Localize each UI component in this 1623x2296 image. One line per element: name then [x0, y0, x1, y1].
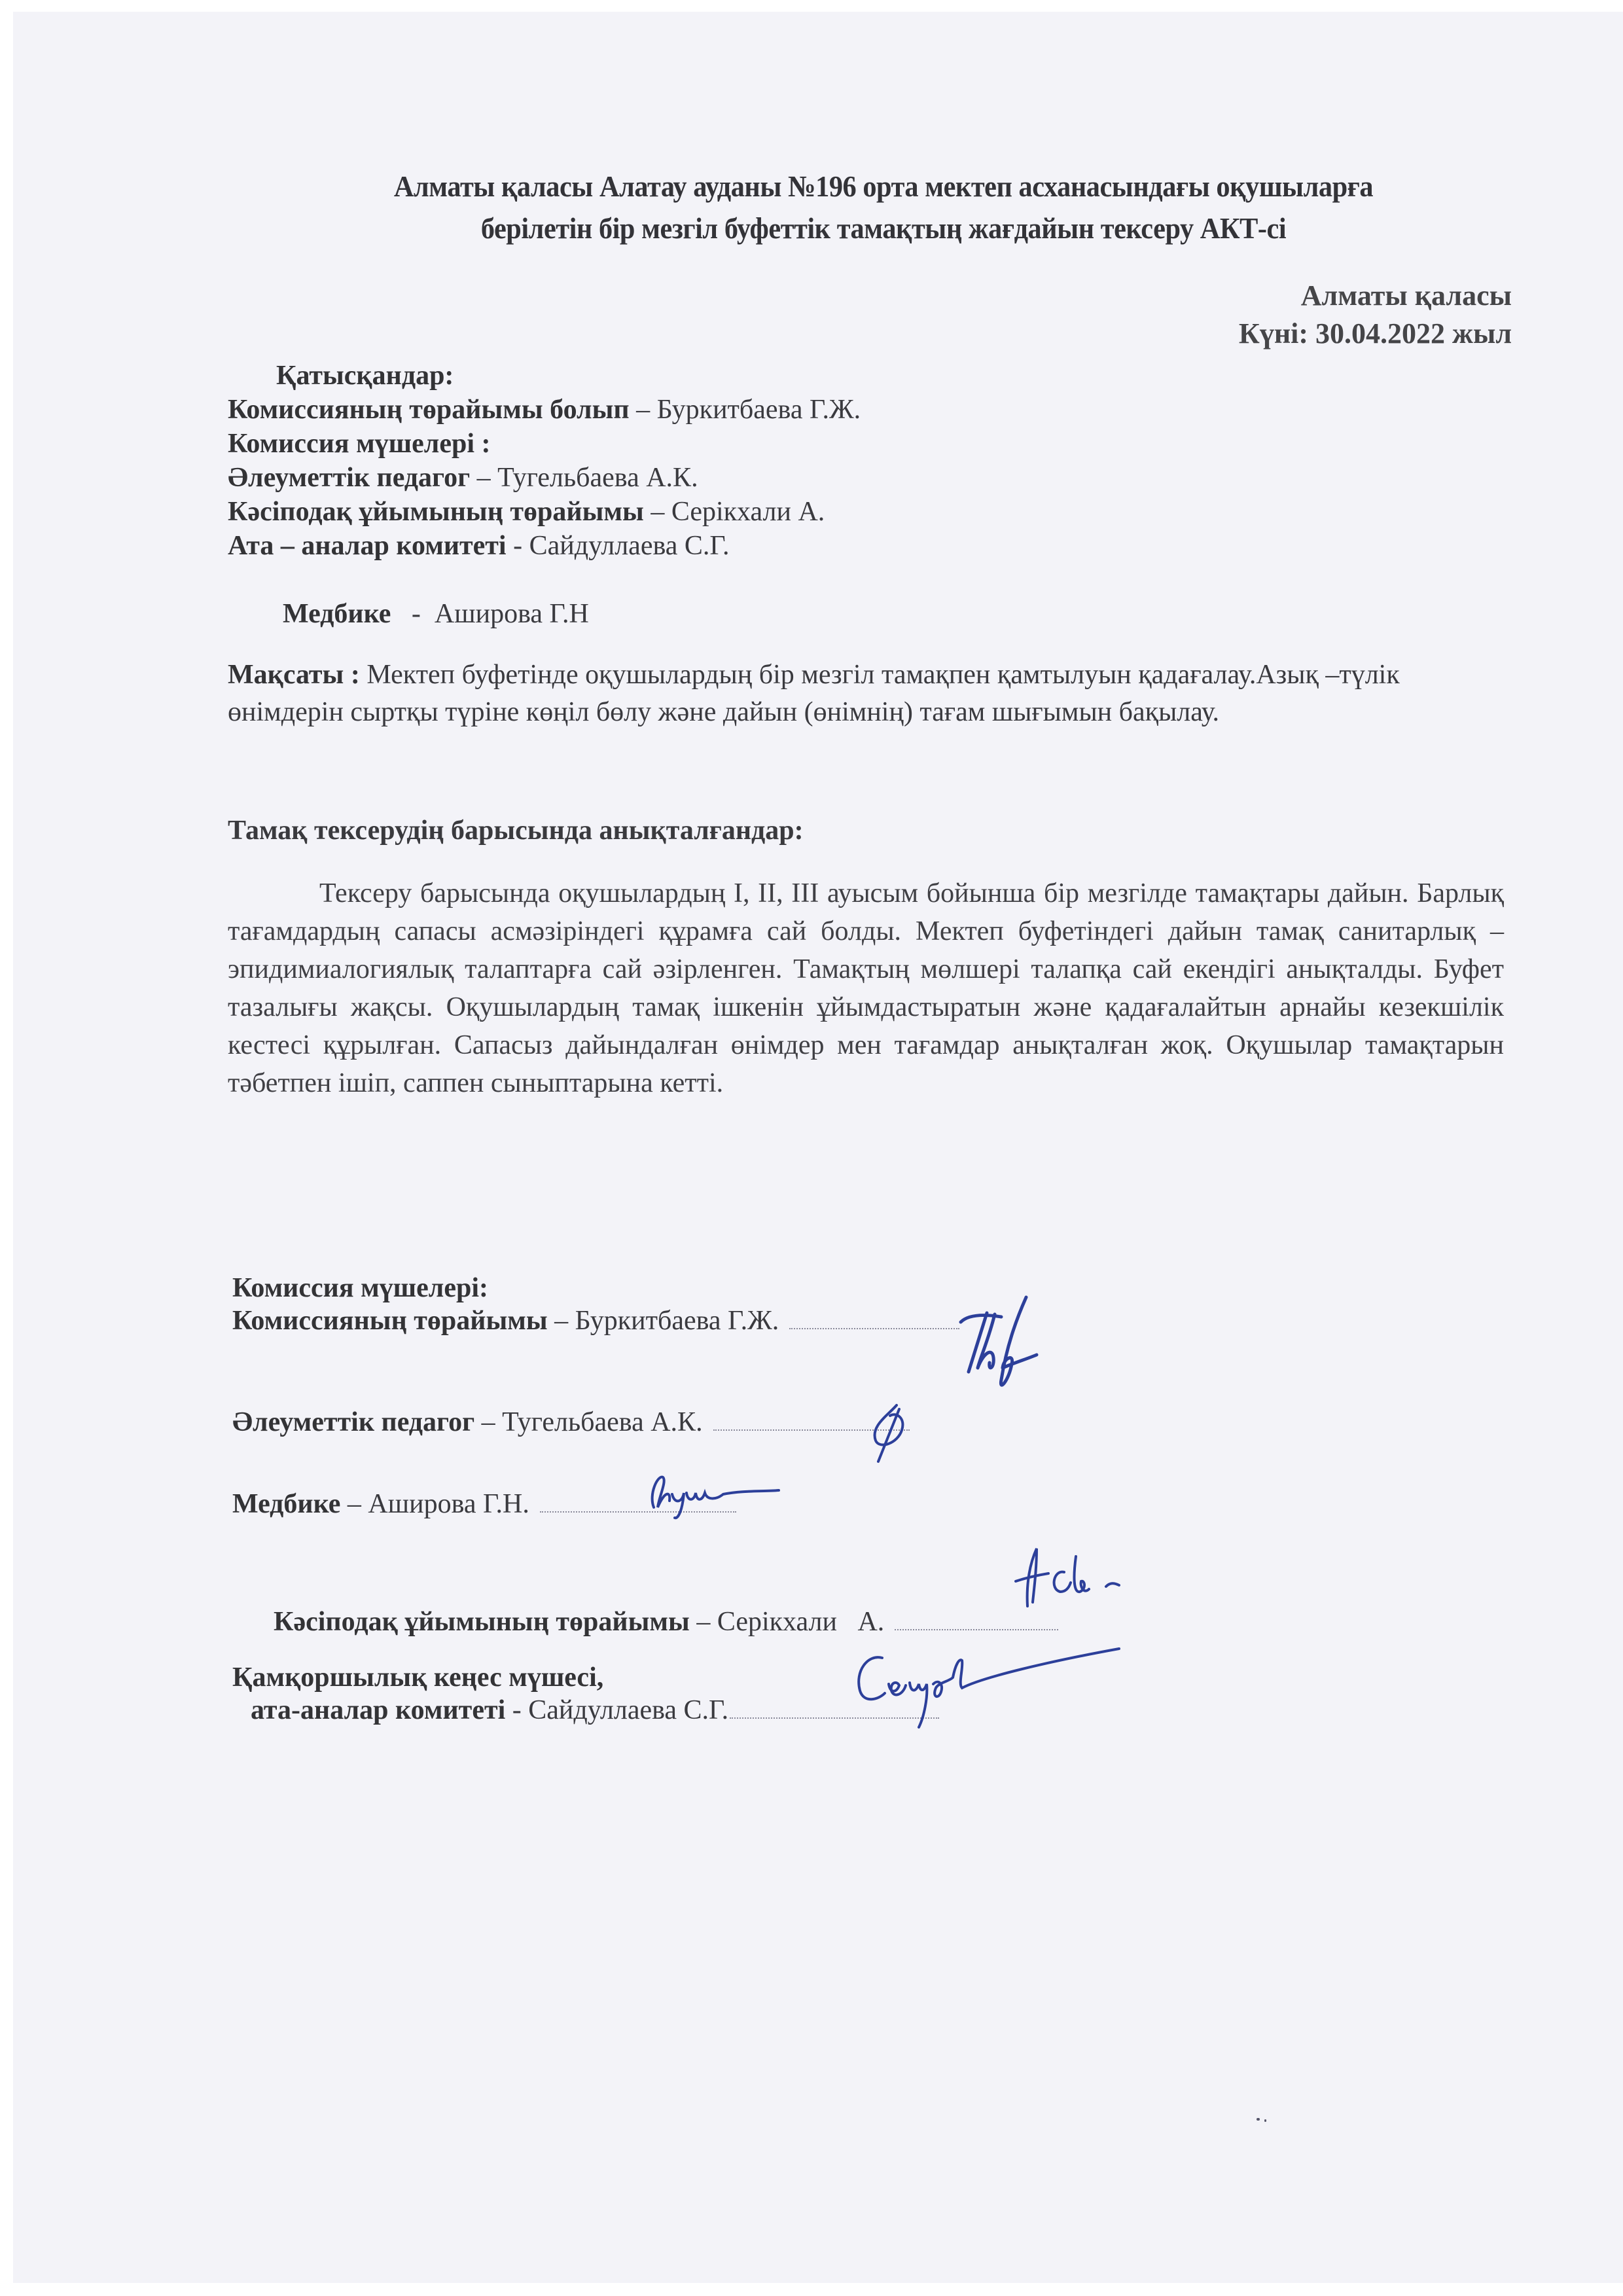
chair-role: Комиссияның төрайымы болып [228, 395, 630, 425]
signature-row: Әлеуметтік педагог – Тугельбаева А.К. [232, 1406, 910, 1439]
findings-paragraph: Тексеру барысында оқушылардың I, II, III… [228, 874, 1504, 1102]
chair-name: Буркитбаева Г.Ж. [657, 395, 861, 425]
signature-line [789, 1327, 959, 1329]
signer-sep: – [340, 1489, 368, 1519]
signer-name: Аширова Г.Н. [368, 1489, 529, 1519]
member-row: Ата – аналар комитеті - Сайдуллаева С.Г. [228, 529, 861, 563]
member-row: Кәсіподақ ұйымының төрайымы – Серікхали … [228, 495, 861, 529]
member-sep: - [507, 531, 529, 561]
signer-name: Буркитбаева Г.Ж. [575, 1306, 779, 1336]
signer-role-line1: Қамқоршылық кеңес мүшесі, [232, 1661, 939, 1694]
place-date: Алматы қаласы Күні: 30.04.2022 жыл [1239, 277, 1512, 353]
member-name: Серікхали А. [671, 497, 825, 527]
member-sep: – [644, 497, 671, 527]
signer-sep: – [690, 1607, 717, 1637]
members-heading: Комиссия мүшелері : [228, 427, 861, 461]
aim-section: Мақсаты : Мектеп буфетінде оқушылардың б… [228, 656, 1510, 731]
document-body: Алматы қаласы Алатау ауданы №196 орта ме… [13, 12, 1623, 2283]
signer-name: Серікхали А. [717, 1607, 884, 1637]
member-role: Әлеуметтік педагог [228, 463, 470, 493]
findings-heading: Тамақ тексерудің барысында анықталғандар… [228, 814, 804, 848]
signatures-heading-block: Комиссия мүшелері: Комиссияның төрайымы … [232, 1272, 959, 1337]
aim-text: Мектеп буфетінде оқушылардың бір мезгіл … [228, 660, 1400, 727]
signature-mark-union-chair [1008, 1543, 1139, 1612]
signer-sep: – [474, 1407, 502, 1437]
member-row: Әлеуметтік педагог – Тугельбаева А.К. [228, 461, 861, 495]
signature-line [895, 1628, 1058, 1630]
member-name: Сайдуллаева С.Г. [529, 531, 730, 561]
title-line-1: Алматы қаласы Алатау ауданы №196 орта ме… [312, 166, 1455, 207]
chair-sep: – [630, 395, 657, 425]
member-role: Медбике [283, 599, 391, 629]
signer-name: Сайдуллаева С.Г. [528, 1695, 728, 1725]
member-sep: – [470, 463, 497, 493]
participants-heading: Қатысқандар: [228, 359, 861, 393]
member-name: Тугельбаева А.К. [497, 463, 698, 493]
signer-role: Әлеуметтік педагог [232, 1407, 474, 1437]
signer-role: Комиссияның төрайымы [232, 1306, 548, 1336]
signer-line2: ата-аналар комитеті - Сайдуллаева С.Г. [232, 1694, 939, 1727]
document-title: Алматы қаласы Алатау ауданы №196 орта ме… [312, 166, 1455, 249]
scanned-page: Алматы қаласы Алатау ауданы №196 орта ме… [13, 12, 1623, 2283]
scan-artifact [1257, 2118, 1260, 2121]
scan-artifact [1264, 2119, 1266, 2122]
signer-name: Тугельбаева А.К. [502, 1407, 702, 1437]
signature-row: Қамқоршылық кеңес мүшесі, ата-аналар ком… [232, 1661, 939, 1727]
signer-role: ата-аналар комитеті [251, 1695, 505, 1725]
signature-row: Комиссияның төрайымы – Буркитбаева Г.Ж. [232, 1304, 959, 1337]
signatures-heading: Комиссия мүшелері: [232, 1272, 959, 1304]
member-row: Медбике - Аширова Г.Н [228, 563, 861, 665]
signer-role: Медбике [232, 1489, 340, 1519]
signature-mark-social-pedagogue [864, 1403, 923, 1471]
signer-sep: – [548, 1306, 575, 1336]
title-line-2: берілетін бір мезгіл буфеттік тамақтың ж… [312, 207, 1455, 249]
signer-sep: - [505, 1695, 528, 1725]
place: Алматы қаласы [1239, 277, 1512, 315]
findings-text: Тексеру барысында оқушылардың I, II, III… [228, 878, 1504, 1098]
member-name: Аширова Г.Н [435, 599, 589, 629]
signature-mark-chair [955, 1295, 1047, 1396]
member-role: Кәсіподақ ұйымының төрайымы [228, 497, 644, 527]
date: Күні: 30.04.2022 жыл [1239, 315, 1512, 353]
member-role: Ата – аналар комитеті [228, 531, 507, 561]
signature-mark-nurse [645, 1468, 789, 1524]
signature-mark-parent-committee [851, 1645, 1126, 1733]
chair-row: Комиссияның төрайымы болып – Буркитбаева… [228, 393, 861, 427]
aim-label: Мақсаты : [228, 660, 360, 690]
member-sep: - [391, 599, 435, 629]
signer-role: Кәсіподақ ұйымының төрайымы [274, 1607, 690, 1637]
participants-section: Қатысқандар: Комиссияның төрайымы болып … [228, 359, 861, 665]
